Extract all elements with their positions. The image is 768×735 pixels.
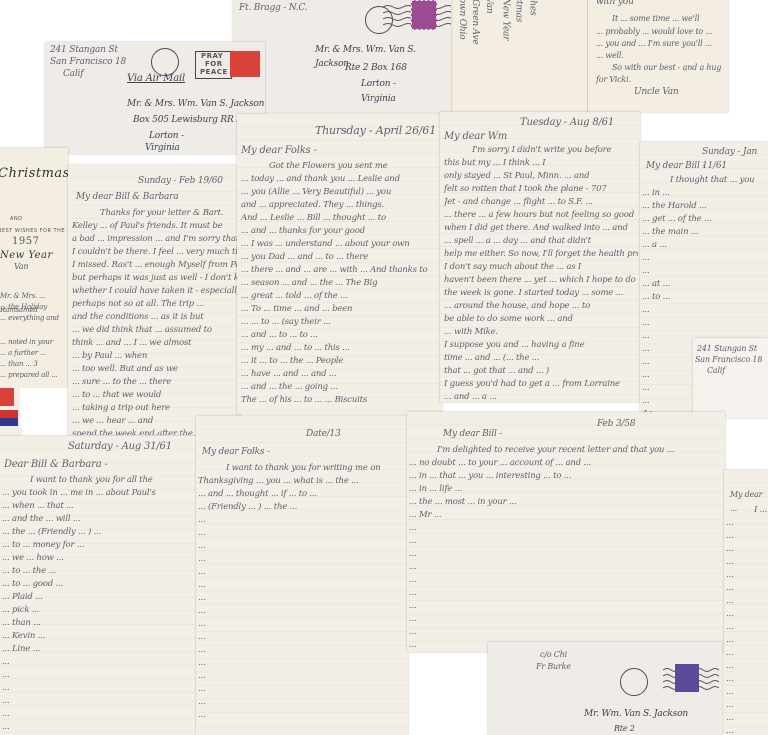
card-right-panel: with you It ... some time ... we'll ... …	[592, 0, 724, 112]
letter-dated-13: Date/13 My dear Folks - I want to thank …	[196, 416, 408, 735]
letter-line: help me either. So now, I'll forget the …	[444, 248, 638, 261]
letter-line: ... no doubt ... to your ... account of …	[409, 457, 723, 470]
letter-line: haven't been there ... yet ... which I h…	[444, 274, 638, 287]
air-mail-note: Via Air Mail	[127, 72, 185, 86]
letter-line: ... ... to ... (say their ...	[241, 316, 440, 329]
greeting-card-inside: Best Wishes for Christmas and the New Ye…	[450, 0, 728, 112]
letter-line: ... Mr ...	[409, 509, 723, 522]
letter-line: ... Line ...	[2, 643, 196, 656]
letter-line: I thought that ... you	[642, 174, 768, 187]
letter-line: ...	[409, 613, 723, 626]
card-title: Christmas	[0, 166, 68, 181]
letter-line: a bad ... impression ... and I'm sorry t…	[72, 233, 238, 246]
letter-line: ...	[726, 556, 768, 569]
letter-line: ... we did think that ... assumed to	[72, 324, 238, 337]
card-left-line: Stonetown Ohio	[458, 0, 468, 112]
letter-line: ... the main ...	[642, 226, 768, 239]
letter-line: ...	[198, 696, 406, 709]
letter-salutation: My dear Bill -	[646, 160, 705, 174]
letter-line: Got the Flowers you sent me	[241, 160, 440, 173]
letter-line: ...	[409, 561, 723, 574]
letter-line: ...	[726, 608, 768, 621]
letter-line: ... to ... money for ...	[2, 539, 196, 552]
postmark	[620, 668, 648, 696]
cancel-text: PEACE	[200, 68, 228, 76]
letter-line: ...	[198, 553, 406, 566]
letter-line: ... at ...	[642, 278, 768, 291]
letter-line: whether I could have taken it - especial…	[72, 285, 238, 298]
blank-sheet	[20, 388, 68, 428]
letter-line: ...	[642, 304, 768, 317]
card-left-line: and the New Year	[498, 0, 512, 112]
letter-line: The ... of his ... to ... ... Biscuits	[241, 394, 440, 407]
letter-sunday-feb: Sunday - Feb 19/60 My dear Bill & Barbar…	[68, 165, 240, 435]
letter-line: this but my ... I think ... I	[444, 157, 638, 170]
letter-line: ... and ... the ... going ...	[241, 381, 440, 394]
letter-line: ...	[726, 634, 768, 647]
postage-stamp	[411, 0, 437, 30]
letter-line: ... you (Allie ... Very Beautiful) ... y…	[241, 186, 440, 199]
letter-line: Thanksgiving ... you ... what is ... the…	[198, 475, 406, 488]
letter-salutation: Dear Bill & Barbara -	[4, 458, 108, 472]
card-signature: Uncle Van	[634, 86, 679, 100]
addressee-line: Box 505 Lewisburg RR 2	[133, 114, 242, 128]
envelope-airmail: 241 Stangan St San Francisco 18 Calif Vi…	[45, 42, 265, 154]
letter-date: Date/13	[306, 428, 341, 442]
letter-line: ...	[642, 265, 768, 278]
card-left-line: Best Wishes	[525, 0, 539, 112]
christmas-card: Christmas AND BEST WISHES FOR THE 1957 N…	[0, 148, 68, 388]
letter-line: ... to ... that we would	[72, 389, 238, 402]
letter-line: ... to ...	[642, 291, 768, 304]
letter-line: ...	[726, 621, 768, 634]
letter-line: I suppose you and ... having a fine	[444, 339, 638, 352]
letter-body: I'm sorry I didn't write you beforethis …	[444, 144, 638, 402]
addressee-line: Rte 2	[614, 722, 635, 735]
addressee-line: Lorton -	[361, 78, 396, 92]
letter-line: ... and ... thanks for your good	[241, 225, 440, 238]
addressee-line: Mr. & Mrs. Wm. Van S. Jackson	[127, 98, 264, 112]
letter-line: and ... appreciated. They ... things.	[241, 199, 440, 212]
letter-line: ... with Mike.	[444, 326, 638, 339]
letter-line: perhaps not so at all. The trip ...	[72, 298, 238, 311]
addressee-line: Virginia	[145, 142, 180, 154]
letter-line: ...	[726, 543, 768, 556]
letter-line: ... the ... most ... in your ...	[409, 496, 723, 509]
letter-line: ...	[409, 600, 723, 613]
letter-line: ... there ... a few hours but not feelin…	[444, 209, 638, 222]
letter-line: ... a ...	[642, 239, 768, 252]
letter-line: I'm sorry I didn't write you before	[444, 144, 638, 157]
letter-line: I want to thank you for writing me on	[198, 462, 406, 475]
background-sheet	[0, 0, 48, 48]
letter-line: ... and ... a ...	[444, 391, 638, 402]
letter-line: ...	[726, 660, 768, 673]
letter-line: ... you took in ... me in ... about Paul…	[2, 487, 196, 500]
addressee-line: Mr. Wm. Van S. Jackson	[584, 708, 688, 722]
letter-date: Saturday - Aug 31/61	[68, 440, 172, 454]
envelope-purple-stamp: Ft. Bragg - N.C. Mr. & Mrs. Wm. Van S. J…	[233, 0, 451, 112]
letter-line: ...	[642, 317, 768, 330]
letter-line: ...	[726, 530, 768, 543]
letter-line: ...	[2, 708, 196, 721]
card-left-line: for Christmas	[511, 0, 525, 112]
card-left-panel: Best Wishes for Christmas and the New Ye…	[458, 0, 583, 112]
letter-line: ... to ... the ...	[2, 565, 196, 578]
letter-line: ...	[198, 657, 406, 670]
letter-line: I ...	[726, 504, 768, 517]
pray-for-peace-cancel: PRAY FOR PEACE	[195, 51, 232, 79]
letter-line: ... around the house, and hope ... to	[444, 300, 638, 313]
letter-line: ...	[2, 695, 196, 708]
letter-line: think ... and ... I ... we almost	[72, 337, 238, 350]
letter-line: ...	[409, 626, 723, 639]
letter-line: ...	[726, 647, 768, 660]
letter-line: I missed. Ras't ... enough Myself from P…	[72, 259, 238, 272]
letter-salutation: My dear Bill -	[443, 428, 502, 442]
letter-line: ... to ... good ...	[2, 578, 196, 591]
letter-line: ...	[726, 595, 768, 608]
letter-body: I want to thank you for writing me onTha…	[198, 462, 406, 722]
card-printed-line: AND	[10, 216, 23, 222]
letter-line: ... and the ... will ...	[2, 513, 196, 526]
addressee-line: Rte 2 Box 168	[345, 62, 407, 76]
letter-line: ...	[642, 252, 768, 265]
letter-line: Kelley ... of Paul's friends. It must be	[72, 220, 238, 233]
letter-line: ...	[198, 618, 406, 631]
letter-saturday-aug: Saturday - Aug 31/61 Dear Bill & Barbara…	[0, 436, 198, 735]
letter-line: I want to thank you for all the	[2, 474, 196, 487]
card-right-line: with you	[596, 0, 634, 10]
letter-right-edge: My dear ... I ... ... ... ... ... ... ..…	[724, 470, 768, 735]
letter-line: ... in ...	[642, 187, 768, 200]
letter-line: ... Plaid ...	[2, 591, 196, 604]
card-handwriting: Van	[14, 260, 28, 274]
letter-line: only stayed ... St Paul, Minn. ... and	[444, 170, 638, 183]
letter-line: the week is gone. I started today ... so…	[444, 287, 638, 300]
letter-line: ...	[198, 514, 406, 527]
letter-line: ...	[726, 582, 768, 595]
letter-line: ...	[198, 631, 406, 644]
card-right-line: for Vicki.	[596, 73, 631, 87]
card-year: 1957	[12, 236, 39, 247]
letter-line: ... when ... that ...	[2, 500, 196, 513]
letter-line: I couldn't be there. I feel ... very muc…	[72, 246, 238, 259]
cancel-text: PRAY	[201, 52, 223, 60]
letter-line: ... season ... and ... the ... The Big	[241, 277, 440, 290]
card-left-line: Uncle Van	[482, 0, 496, 112]
note-line: San Francisco 18	[695, 353, 762, 367]
letter-line: ...	[409, 535, 723, 548]
letter-date: Sunday - Feb 19/60	[138, 175, 223, 189]
letter-line: ...	[726, 712, 768, 725]
letter-line: Jet - and change ... flight ... to S.F. …	[444, 196, 638, 209]
letter-salutation: My dear Folks -	[241, 144, 317, 158]
letter-body: I'm delighted to receive your recent let…	[409, 444, 723, 652]
envelope-bottom: c/o Chi Fr Burke Mr. Wm. Van S. Jackson …	[488, 642, 722, 735]
letter-line: ...	[409, 574, 723, 587]
letter-line: ...	[198, 670, 406, 683]
letter-line: ...	[198, 709, 406, 722]
letter-line: ... it ... to ... the ... People	[241, 355, 440, 368]
letter-line: ...	[409, 587, 723, 600]
letter-line: ... in ... life ...	[409, 483, 723, 496]
letter-line: ...	[409, 548, 723, 561]
letter-line: ... To ... time ... and ... been	[241, 303, 440, 316]
letter-line: ... spell ... a ... day ... and that did…	[444, 235, 638, 248]
letter-line: ...	[198, 683, 406, 696]
letter-line: ...	[198, 605, 406, 618]
letter-line: ...	[2, 656, 196, 669]
letter-line: ... (Friendly ... ) ... the ...	[198, 501, 406, 514]
letter-tuesday-aug: Tuesday - Aug 8/61 My dear Wm I'm sorry …	[440, 112, 640, 402]
letter-line: ...	[198, 527, 406, 540]
letter-line: ... in ... that ... you ... interesting …	[409, 470, 723, 483]
letter-date: Tuesday - Aug 8/61	[520, 116, 614, 130]
letter-line: ...	[198, 540, 406, 553]
letter-line: ...	[409, 522, 723, 535]
letter-line: ... the Harold ...	[642, 200, 768, 213]
card-left-line: Grand Green Ave	[468, 0, 482, 112]
letter-line: ... sure ... to the ... there	[72, 376, 238, 389]
letter-line: I guess you'd had to get a ... from Lorr…	[444, 378, 638, 391]
letter-line: ... I was ... understand ... about your …	[241, 238, 440, 251]
postage-stamp	[675, 664, 699, 692]
letter-date: Sunday - Jan 11/61	[702, 146, 768, 173]
letter-line: ... my ... and ... to ... this ...	[241, 342, 440, 355]
addressee-line: Virginia	[361, 93, 396, 107]
letter-line: ... there ... and ... are ... with ... A…	[241, 264, 440, 277]
letter-line: ... pick ...	[2, 604, 196, 617]
cancel-text: FOR	[205, 60, 223, 68]
letter-line: be able to do some work ... and	[444, 313, 638, 326]
letter-line: ...	[726, 569, 768, 582]
letter-line: And ... Leslie ... Bill ... thought ... …	[241, 212, 440, 225]
letter-date: Thursday - April 26/61	[315, 124, 436, 138]
letter-line: ... Kevin ...	[2, 630, 196, 643]
letter-line: ... taking a trip out here	[72, 402, 238, 415]
letter-line: ... we ... how ...	[2, 552, 196, 565]
card-handwriting: ... prepared all ...	[0, 369, 57, 383]
letter-body: I want to thank you for all the... you t…	[2, 474, 196, 734]
letter-line: ...	[198, 644, 406, 657]
letter-line: ...	[198, 579, 406, 592]
airmail-stamp	[230, 51, 260, 77]
letter-line: ...	[726, 517, 768, 530]
letter-line: ...	[726, 686, 768, 699]
letter-line: and the conditions ... as it is but	[72, 311, 238, 324]
letter-line: ...	[726, 699, 768, 712]
letter-line: ... and ... to ... to ...	[241, 329, 440, 342]
letter-body: I ... ... ... ... ... ... ... ... ... ..…	[726, 504, 768, 735]
letter-line: ... and ... thought ... if ... to ...	[198, 488, 406, 501]
letter-salutation: My dear Wm	[444, 130, 507, 144]
letter-line: ... today ... and thank you ... Leslie a…	[241, 173, 440, 186]
letter-line: ... you Dad ... and ... to ... there	[241, 251, 440, 264]
card-right-line: It ... some time ... we'll	[612, 12, 699, 26]
letter-line: ...	[726, 673, 768, 686]
letter-line: felt so rotten that I took the plane - 7…	[444, 183, 638, 196]
letter-line: ... have ... and ... and ...	[241, 368, 440, 381]
letter-line: ...	[2, 721, 196, 734]
letter-line: ...	[2, 682, 196, 695]
letter-line: when I did get there. And walked into ..…	[444, 222, 638, 235]
letter-salutation: My dear Bill & Barbara	[76, 191, 178, 205]
note-line: Calif	[707, 364, 725, 378]
letter-line: ...	[2, 669, 196, 682]
letter-line: I don't say much about the ... as I	[444, 261, 638, 274]
letter-line: ... than ...	[2, 617, 196, 630]
letter-thursday-april: Thursday - April 26/61 My dear Folks - G…	[237, 114, 442, 414]
letter-line: I'm delighted to receive your recent let…	[409, 444, 723, 457]
letter-line: ... get ... of the ...	[642, 213, 768, 226]
card-printed-line: BEST WISHES FOR THE	[0, 228, 65, 234]
letter-line: ... by Paul ... when	[72, 350, 238, 363]
return-address: Calif	[63, 68, 83, 82]
return-address: San Francisco 18	[50, 56, 126, 70]
return-address: Fr Burke	[536, 660, 571, 674]
letter-line: that ... got that ... and ... )	[444, 365, 638, 378]
letter-feb-3: Feb 3/58 My dear Bill - I'm delighted to…	[407, 412, 725, 652]
letter-line: ... great ... told ... of the ...	[241, 290, 440, 303]
letter-line: time ... and ... (... the ...	[444, 352, 638, 365]
letter-date: Feb 3/58	[597, 418, 635, 432]
card-handwriting: ... everything and	[0, 312, 59, 326]
letter-salutation: My dear Folks -	[202, 446, 270, 460]
return-address: Ft. Bragg - N.C.	[239, 2, 308, 16]
letter-line: ... too well. But and as we	[72, 363, 238, 376]
letter-body: Thanks for your letter & Bart.Kelley ...…	[72, 207, 238, 435]
letter-line: Thanks for your letter & Bart.	[72, 207, 238, 220]
letter-line: ...	[198, 566, 406, 579]
letter-line: ...	[726, 725, 768, 735]
letter-line: ...	[198, 592, 406, 605]
letter-line: but perhaps it was just as well - I don'…	[72, 272, 238, 285]
letter-line: ... the ... (Friendly ... ) ...	[2, 526, 196, 539]
letter-body: Got the Flowers you sent me... today ...…	[241, 160, 440, 407]
return-address-note: 241 Stangan St San Francisco 18 Calif	[693, 338, 768, 418]
card-fold-line	[587, 0, 588, 112]
